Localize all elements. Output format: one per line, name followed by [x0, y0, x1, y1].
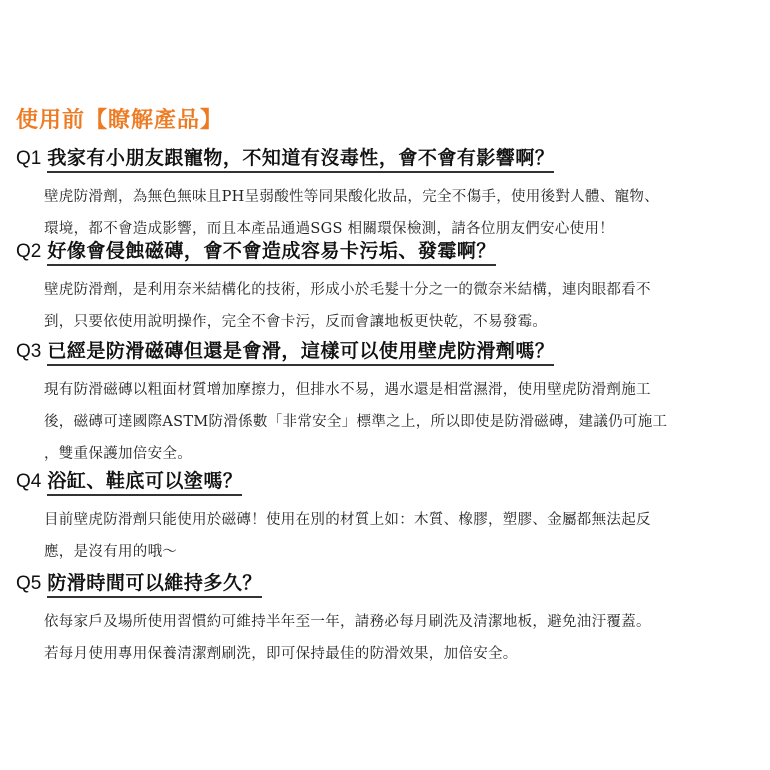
answer-line: 壁虎防滑劑，為無色無味且PH呈弱酸性等同果酸化妝品，完全不傷手，使用後對人體、寵…	[44, 181, 756, 213]
section-title: 使用前【瞭解產品】	[16, 103, 223, 134]
question-number: Q1	[16, 148, 41, 170]
faq-answer: 依每家戶及場所使用習慣約可維持半年至一年，請務必每月刷洗及清潔地板，避免油汙覆蓋…	[44, 606, 756, 670]
faq-item-3: Q3 已經是防滑磁磚但還是會滑，這樣可以使用壁虎防滑劑嗎？ 現有防滑磁磚以粗面材…	[16, 336, 756, 470]
question-number: Q2	[16, 241, 41, 263]
faq-question: Q5 防滑時間可以維持多久？	[16, 568, 756, 598]
question-number: Q5	[16, 573, 41, 595]
answer-line: 到，只要依使用說明操作，完全不會卡污，反而會讓地板更快乾，不易發霉。	[44, 306, 756, 338]
answer-line: 若每月使用專用保養清潔劑刷洗，即可保持最佳的防滑效果，加倍安全。	[44, 638, 756, 670]
faq-answer: 目前壁虎防滑劑只能使用於磁磚！使用在別的材質上如：木質、橡膠，塑膠、金屬都無法起…	[44, 504, 756, 568]
answer-line: 壁虎防滑劑，是利用奈米結構化的技術，形成小於毛髮十分之一的微奈米結構，連肉眼都看…	[44, 274, 756, 306]
question-text: 防滑時間可以維持多久？	[47, 568, 262, 598]
faq-item-5: Q5 防滑時間可以維持多久？ 依每家戶及場所使用習慣約可維持半年至一年，請務必每…	[16, 568, 756, 670]
question-text: 我家有小朋友跟寵物，不知道有沒毒性，會不會有影響啊？	[47, 143, 554, 173]
faq-question: Q4 浴缸、鞋底可以塗嗎？	[16, 466, 756, 496]
answer-line: 目前壁虎防滑劑只能使用於磁磚！使用在別的材質上如：木質、橡膠，塑膠、金屬都無法起…	[44, 504, 756, 536]
faq-item-2: Q2 好像會侵蝕磁磚，會不會造成容易卡污垢、發霉啊？ 壁虎防滑劑，是利用奈米結構…	[16, 236, 756, 338]
question-text: 浴缸、鞋底可以塗嗎？	[47, 466, 242, 496]
answer-line: 應，是沒有用的哦～	[44, 536, 756, 568]
faq-answer: 現有防滑磁磚以粗面材質增加摩擦力，但排水不易，遇水還是相當濕滑，使用壁虎防滑劑施…	[44, 374, 756, 470]
question-text: 好像會侵蝕磁磚，會不會造成容易卡污垢、發霉啊？	[47, 236, 496, 266]
question-number: Q3	[16, 341, 41, 363]
faq-question: Q3 已經是防滑磁磚但還是會滑，這樣可以使用壁虎防滑劑嗎？	[16, 336, 756, 366]
answer-line: 後，磁磚可達國際ASTM防滑係數「非常安全」標準之上，所以即使是防滑磁磚，建議仍…	[44, 406, 756, 438]
faq-item-4: Q4 浴缸、鞋底可以塗嗎？ 目前壁虎防滑劑只能使用於磁磚！使用在別的材質上如：木…	[16, 466, 756, 568]
answer-line: 依每家戶及場所使用習慣約可維持半年至一年，請務必每月刷洗及清潔地板，避免油汙覆蓋…	[44, 606, 756, 638]
question-number: Q4	[16, 471, 41, 493]
faq-item-1: Q1 我家有小朋友跟寵物，不知道有沒毒性，會不會有影響啊？ 壁虎防滑劑，為無色無…	[16, 143, 756, 245]
faq-answer: 壁虎防滑劑，是利用奈米結構化的技術，形成小於毛髮十分之一的微奈米結構，連肉眼都看…	[44, 274, 756, 338]
answer-line: 現有防滑磁磚以粗面材質增加摩擦力，但排水不易，遇水還是相當濕滑，使用壁虎防滑劑施…	[44, 374, 756, 406]
question-text: 已經是防滑磁磚但還是會滑，這樣可以使用壁虎防滑劑嗎？	[47, 336, 554, 366]
faq-question: Q1 我家有小朋友跟寵物，不知道有沒毒性，會不會有影響啊？	[16, 143, 756, 173]
faq-question: Q2 好像會侵蝕磁磚，會不會造成容易卡污垢、發霉啊？	[16, 236, 756, 266]
